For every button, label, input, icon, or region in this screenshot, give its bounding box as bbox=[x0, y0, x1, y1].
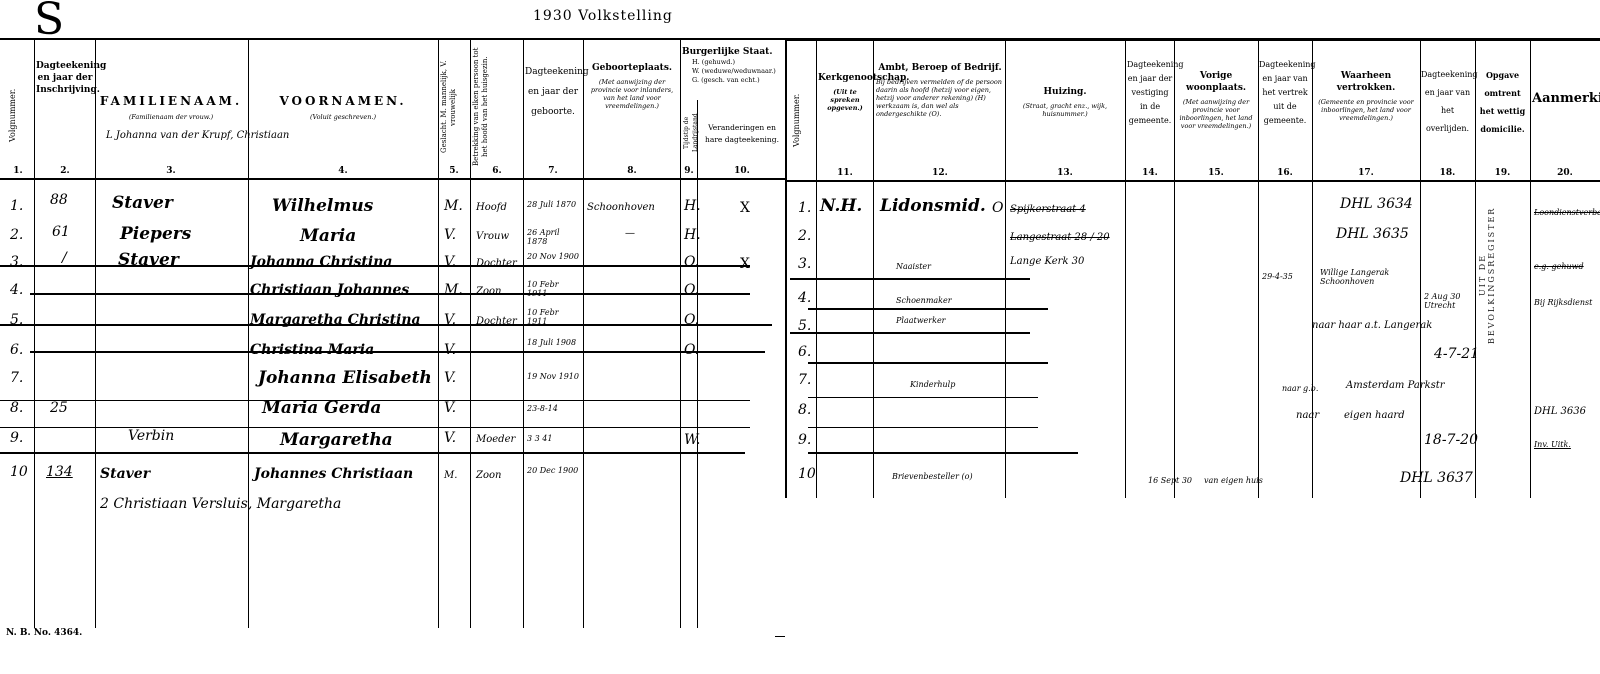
given-names: Johanna Elisabeth bbox=[258, 368, 432, 388]
voornamen-sub: (Voluit geschreven.) bbox=[250, 113, 436, 121]
row-number: 8. bbox=[10, 400, 23, 416]
row-number: 8. bbox=[798, 402, 811, 418]
sex: V. bbox=[444, 342, 456, 358]
header-familienaam: FAMILIENAAM. (Familienaam der vrouw.) bbox=[96, 95, 246, 121]
col-divider bbox=[1312, 38, 1313, 498]
strike-line bbox=[0, 324, 772, 326]
given-names: Maria Gerda bbox=[262, 398, 381, 418]
row-number: 2. bbox=[798, 228, 811, 244]
colnum: 7. bbox=[525, 166, 581, 176]
waarheen-label: Waarheen vertrokken. bbox=[1337, 71, 1395, 93]
strike-line bbox=[790, 332, 1030, 334]
given-names: Margaretha bbox=[280, 430, 393, 450]
occupation: Kinderhulp bbox=[910, 380, 955, 389]
strike-line bbox=[808, 308, 1048, 310]
header-vorige-woonplaats: Vorige woonplaats. (Met aanwijzing der p… bbox=[1176, 70, 1256, 130]
row-number: 7. bbox=[10, 370, 23, 386]
sex: M. bbox=[444, 282, 463, 298]
colnum: 19. bbox=[1476, 168, 1529, 178]
header-veranderingen: Veranderingen en hare dagteekening. bbox=[700, 122, 784, 146]
row-number: 1. bbox=[10, 198, 23, 214]
strike-line bbox=[30, 293, 750, 295]
inschrijving-date: / bbox=[62, 250, 67, 266]
row-rule bbox=[808, 427, 1038, 428]
row-number: 4. bbox=[798, 290, 811, 306]
header-rule-right bbox=[785, 180, 1600, 182]
colnum: 15. bbox=[1176, 168, 1256, 178]
birth-date: 3 3 41 bbox=[527, 434, 552, 443]
row-number: 1. bbox=[798, 200, 811, 216]
address: Langestraat 28 / 20 bbox=[1010, 232, 1110, 243]
birth-date: 20 Dec 1900 bbox=[527, 466, 581, 475]
familienaam-sub: (Familienaam der vrouw.) bbox=[96, 113, 246, 121]
header-volgnummer: Volgnummer. bbox=[8, 60, 26, 170]
surname: Verbin bbox=[128, 428, 174, 444]
inschrijving-date: 88 bbox=[50, 192, 68, 208]
col-divider bbox=[1174, 38, 1175, 498]
vorige-woonplaats-sub: (Met aanwijzing der provincie voor inboo… bbox=[1176, 98, 1256, 130]
strike-line bbox=[790, 278, 1030, 280]
birth-date: 26 April 1878 bbox=[527, 228, 581, 246]
geboorteplaats-sub: (Met aanwijzing der provincie voor inlan… bbox=[585, 78, 679, 110]
header-burgerlijke-staat: Burgerlijke Staat. H. (gehuwd.) W. (wedu… bbox=[682, 46, 782, 85]
death-date: 4-7-21 bbox=[1434, 346, 1479, 362]
header-geslacht: Geslacht. M. mannelijk, V. vrouwelijk bbox=[440, 42, 468, 172]
legend-w: W. (weduwe/weduwnaar.) bbox=[692, 67, 782, 76]
header-betrekking: Betrekking van elken persoon tot het hoo… bbox=[472, 42, 522, 172]
given-names: Johannes Christiaan bbox=[254, 466, 413, 482]
header-vestiging: Dagteekening en jaar der vestiging in de… bbox=[1127, 58, 1173, 128]
legend-h: H. (gehuwd.) bbox=[692, 58, 782, 67]
side-stamp: UIT DE BEVOLKINGSREGISTER bbox=[1478, 190, 1490, 360]
strike-line bbox=[808, 452, 1078, 454]
row-number: 9. bbox=[798, 432, 811, 448]
birthplace: Schoonhoven bbox=[587, 202, 655, 213]
civil-status: H. bbox=[684, 198, 701, 214]
colnum: 2. bbox=[36, 166, 94, 176]
given-names: Christina Maria bbox=[250, 342, 374, 358]
colnum: 8. bbox=[585, 166, 679, 176]
row-rule bbox=[0, 427, 750, 428]
civil-status: H. bbox=[684, 227, 701, 243]
colnum: 16. bbox=[1259, 168, 1311, 178]
bottom-handwritten-note: 2 Christiaan Versluis, Margaretha bbox=[100, 496, 350, 512]
surname: Staver bbox=[112, 193, 173, 213]
waarheen-sub: (Gemeente en provincie voor inboorlingen… bbox=[1314, 98, 1418, 122]
sex: M. bbox=[444, 470, 457, 481]
death-date: 2 Aug 30 Utrecht bbox=[1424, 292, 1474, 310]
colnum: 14. bbox=[1127, 168, 1173, 178]
col-divider bbox=[438, 38, 439, 628]
departed: naar g.b. bbox=[1282, 384, 1318, 393]
sex: V. bbox=[444, 400, 456, 416]
center-tick bbox=[775, 636, 785, 637]
birth-date: 19 Nov 1910 bbox=[527, 372, 581, 381]
col-divider bbox=[583, 38, 584, 628]
colnum: 17. bbox=[1314, 168, 1418, 178]
col-divider bbox=[785, 38, 787, 498]
header-geboortedatum: Dagteekening en jaar der geboorte. bbox=[525, 62, 581, 122]
col-divider bbox=[697, 100, 698, 628]
remark: Loondienstverband bbox=[1534, 208, 1600, 217]
header-inschrijving: Dagteekening en jaar der Inschrijving. bbox=[36, 60, 94, 96]
colnum: 9. bbox=[682, 166, 696, 176]
birth-date: 23-8-14 bbox=[527, 404, 558, 413]
sex: V. bbox=[444, 227, 456, 243]
row-number: 3. bbox=[798, 256, 811, 272]
header-beroep: Ambt, Beroep of Bedrijf. Bij bedrijven v… bbox=[876, 62, 1004, 118]
departed: 29-4-35 bbox=[1262, 272, 1293, 281]
remark: e.g. gehuwd bbox=[1534, 262, 1584, 271]
col-divider bbox=[34, 38, 35, 628]
header-domicilie: Opgave omtrent het wettig domicilie. bbox=[1476, 66, 1529, 138]
occupation-code: O bbox=[992, 200, 1003, 216]
birth-date: 20 Nov 1900 bbox=[527, 252, 581, 261]
colnum: 4. bbox=[250, 166, 436, 176]
colnum: 13. bbox=[1007, 168, 1123, 178]
header-voornamen: VOORNAMEN. (Voluit geschreven.) bbox=[250, 95, 436, 121]
col-divider bbox=[873, 38, 874, 498]
col-divider bbox=[523, 38, 524, 628]
surname: Staver bbox=[100, 466, 150, 482]
kerkgenootschap-sub: (Uit te spreken opgeven.) bbox=[818, 88, 872, 112]
destination: eigen haard bbox=[1344, 410, 1405, 421]
row-number: 2. bbox=[10, 227, 23, 243]
surname: Piepers bbox=[120, 224, 191, 244]
civil-status: O. bbox=[684, 342, 699, 358]
colnum: 11. bbox=[818, 168, 872, 178]
row-number: 7. bbox=[798, 372, 811, 388]
occupation: Brievenbesteller (o) bbox=[892, 472, 973, 481]
given-names: Maria bbox=[300, 226, 356, 246]
birth-date: 18 Juli 1908 bbox=[527, 338, 581, 347]
header-volgnummer-right: Volgnummer. bbox=[792, 70, 812, 170]
given-names: Johanna Christina bbox=[250, 254, 392, 270]
sex: V. bbox=[444, 370, 456, 386]
header-overlijden: Dagteekening en jaar van het overlijden. bbox=[1421, 66, 1474, 138]
legend-g: G. (gesch. van echt.) bbox=[692, 76, 782, 85]
row-number: 6. bbox=[10, 342, 23, 358]
remark: Inv. Uitk. bbox=[1534, 440, 1571, 449]
occupation: Plaatwerker bbox=[896, 316, 946, 325]
row-number: 10 bbox=[798, 466, 816, 482]
sex: V. bbox=[444, 254, 456, 270]
occupation: Lidonsmid. bbox=[880, 196, 986, 216]
inschrijving-date: 134 bbox=[46, 464, 73, 480]
address: Lange Kerk 30 bbox=[1010, 256, 1084, 267]
row-number: 9. bbox=[10, 430, 23, 446]
colnum: 6. bbox=[472, 166, 522, 176]
col-divider bbox=[1530, 38, 1531, 498]
top-rule-left bbox=[0, 38, 785, 40]
departed: naar bbox=[1296, 410, 1319, 421]
burgerlijke-staat-label: Burgerlijke Staat. bbox=[682, 47, 772, 57]
death-date: 18-7-20 bbox=[1424, 432, 1478, 448]
header-huizing: Huizing. (Straat, gracht enz., wijk, hui… bbox=[1007, 86, 1123, 118]
civil-status: W. bbox=[684, 432, 700, 448]
row-rule bbox=[808, 397, 1038, 398]
header-geboorteplaats: Geboorteplaats. (Met aanwijzing der prov… bbox=[585, 62, 679, 110]
birthplace: — bbox=[625, 228, 635, 239]
huizing-label: Huizing. bbox=[1044, 87, 1087, 97]
civil-status: O. bbox=[684, 282, 699, 298]
colnum: 10. bbox=[700, 166, 784, 176]
relation: Zoon bbox=[476, 470, 501, 481]
remark: DHL 3636 bbox=[1534, 406, 1586, 417]
geboorteplaats-label: Geboorteplaats. bbox=[592, 63, 672, 73]
inschrijving-date: 25 bbox=[50, 400, 68, 416]
header-waarheen: Waarheen vertrokken. (Gemeente en provin… bbox=[1314, 70, 1418, 122]
destination: Willige Langerak Schoonhoven bbox=[1320, 268, 1415, 286]
given-names: Christiaan Johannes bbox=[250, 282, 409, 298]
relation: Zoon bbox=[476, 286, 501, 297]
destination: naar haar a.t. Langerak bbox=[1312, 320, 1432, 331]
destination: Amsterdam Parkstr bbox=[1346, 380, 1445, 391]
previous-residence: van eigen huis bbox=[1204, 476, 1263, 485]
voornamen-label: VOORNAMEN. bbox=[279, 94, 406, 108]
colnum: 20. bbox=[1532, 168, 1598, 178]
relation: Moeder bbox=[476, 434, 515, 445]
strike-line bbox=[808, 362, 1048, 364]
birth-date: 10 Febr 1911 bbox=[527, 280, 581, 298]
header-rule-left bbox=[0, 178, 785, 180]
row-number: 3. bbox=[10, 254, 23, 270]
strike-line bbox=[0, 265, 750, 267]
header-vertrek: Dagteekening en jaar van het vertrek uit… bbox=[1259, 58, 1311, 128]
settled: 16 Sept 30 bbox=[1148, 476, 1192, 485]
colnum: 18. bbox=[1421, 168, 1474, 178]
top-rule-right bbox=[785, 38, 1600, 41]
relation: Hoofd bbox=[476, 202, 507, 213]
change-mark: X bbox=[740, 200, 750, 216]
col-divider bbox=[1125, 38, 1126, 498]
inschrijving-date: 61 bbox=[52, 224, 70, 240]
beroep-label: Ambt, Beroep of Bedrijf. bbox=[878, 63, 1001, 73]
destination: DHL 3634 bbox=[1340, 196, 1413, 212]
remark: Bij Rijksdienst bbox=[1534, 298, 1592, 307]
col-divider bbox=[1005, 38, 1006, 498]
given-names: Wilhelmus bbox=[272, 196, 373, 216]
row-number: 10 bbox=[10, 464, 28, 480]
header-tijdstip: Tijdstip de Landrijstand bbox=[682, 105, 696, 160]
colnum: 12. bbox=[876, 168, 1004, 178]
church: N.H. bbox=[820, 196, 862, 216]
col-divider bbox=[470, 38, 471, 628]
header-aanmerkingen: Aanmerkingen. bbox=[1532, 90, 1598, 108]
col-divider bbox=[95, 38, 96, 628]
sex: V. bbox=[444, 430, 456, 446]
header-handwritten-note: L Johanna van der Krupf, Christiaan bbox=[106, 130, 289, 141]
colnum: 5. bbox=[440, 166, 468, 176]
col-divider bbox=[816, 38, 817, 498]
col-divider bbox=[248, 38, 249, 628]
strike-line bbox=[30, 351, 765, 353]
change-mark: X bbox=[740, 256, 750, 272]
huizing-sub: (Straat, gracht enz., wijk, huisnummer.) bbox=[1007, 102, 1123, 118]
footer-code: N. B. No. 4364. bbox=[6, 628, 82, 638]
strike-line bbox=[0, 452, 745, 454]
header-kerkgenootschap: Kerkgenootschap. (Uit te spreken opgeven… bbox=[818, 72, 872, 112]
col-divider bbox=[680, 38, 681, 628]
beroep-sub: Bij bedrijven vermelden of de persoon da… bbox=[876, 78, 1004, 118]
row-number: 6. bbox=[798, 344, 811, 360]
destination: DHL 3637 bbox=[1400, 470, 1473, 486]
page-title: 1930 Volkstelling bbox=[533, 8, 673, 24]
colnum: 1. bbox=[4, 166, 32, 176]
birth-date: 28 Juli 1870 bbox=[527, 200, 581, 209]
familienaam-label: FAMILIENAAM. bbox=[100, 94, 242, 108]
destination: DHL 3635 bbox=[1336, 226, 1409, 242]
occupation: Schoenmaker bbox=[896, 296, 952, 305]
relation: Dochter bbox=[476, 258, 517, 269]
colnum: 3. bbox=[96, 166, 246, 176]
vorige-woonplaats-label: Vorige woonplaats. bbox=[1186, 71, 1246, 93]
burgerlijke-staat-legend: H. (gehuwd.) W. (weduwe/weduwnaar.) G. (… bbox=[682, 58, 782, 85]
sex: M. bbox=[444, 198, 463, 214]
occupation: Naaister bbox=[896, 262, 931, 271]
relation: Vrouw bbox=[476, 231, 509, 242]
civil-status: O. bbox=[684, 254, 699, 270]
row-number: 4. bbox=[10, 282, 23, 298]
surname: Staver bbox=[118, 250, 179, 270]
address: Spijkerstraat 4 bbox=[1010, 204, 1086, 215]
